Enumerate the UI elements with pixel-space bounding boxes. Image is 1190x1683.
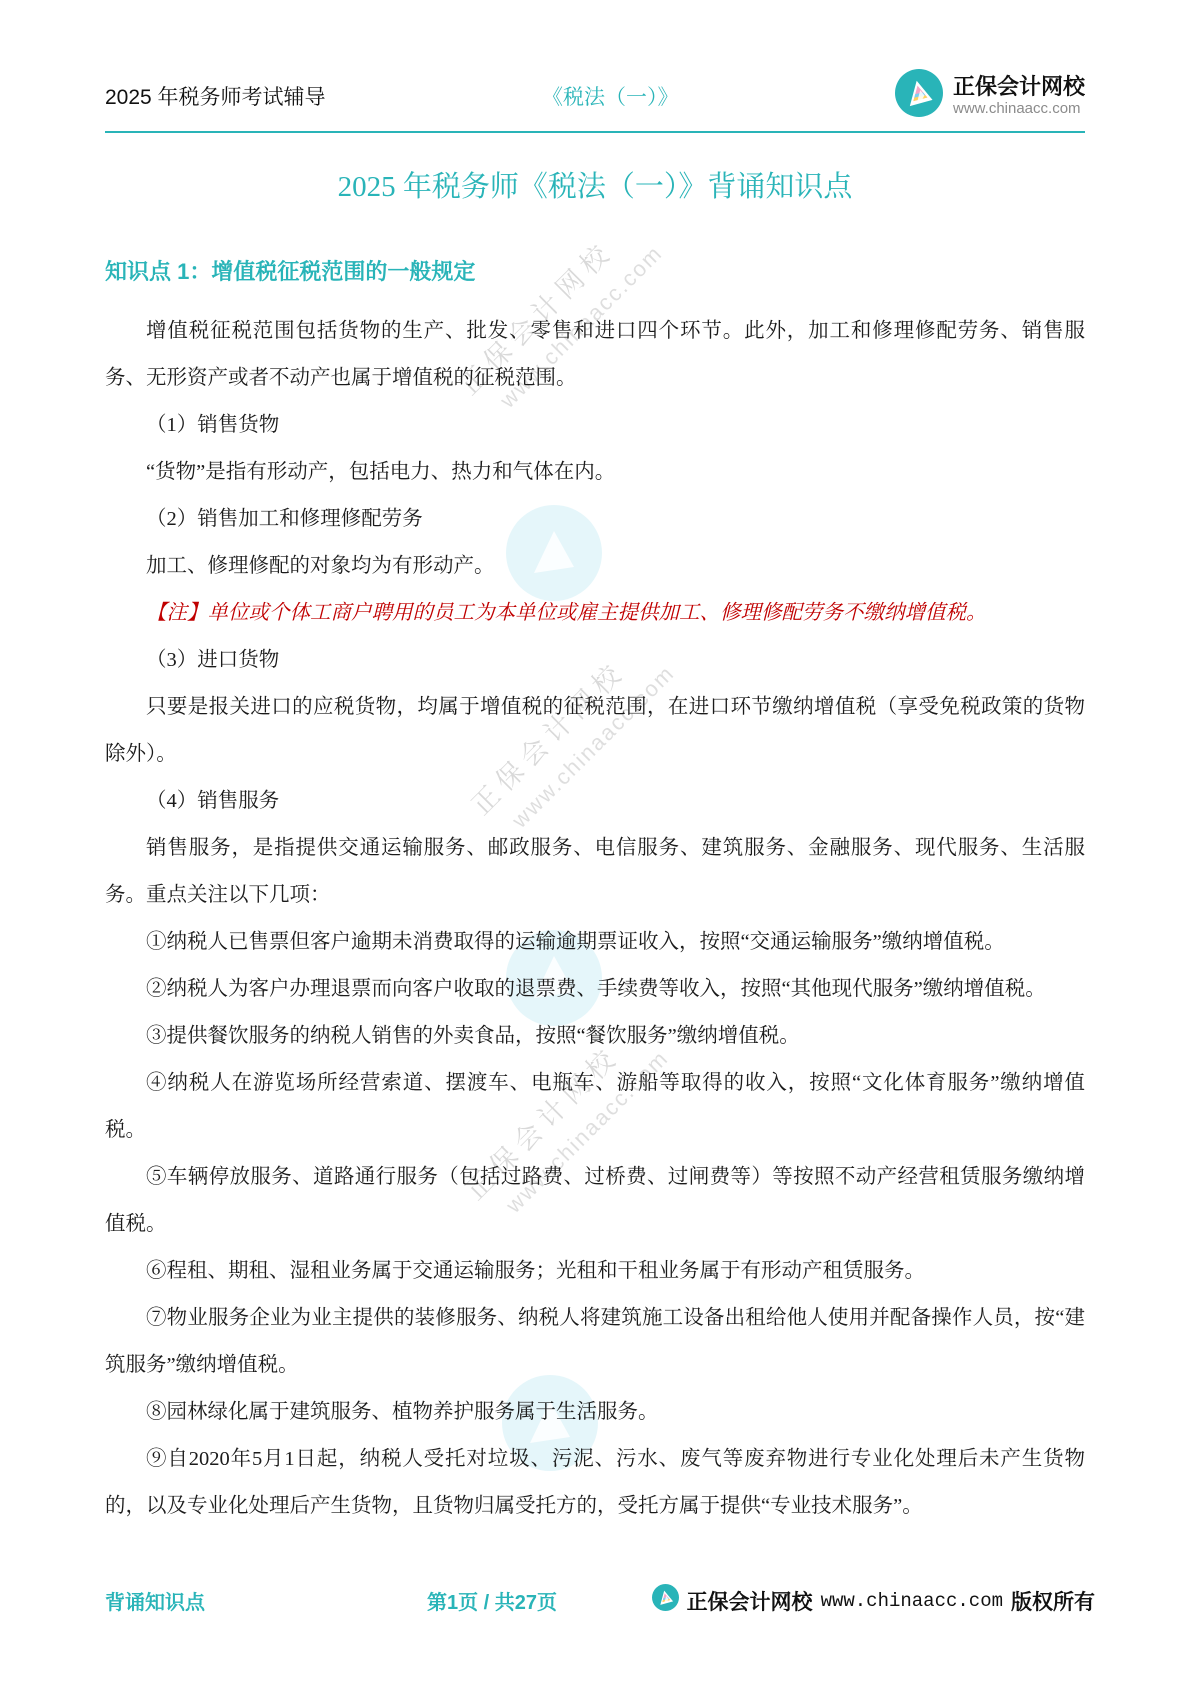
subject-title: 《税法（一）》 <box>326 81 895 111</box>
page-footer: 背诵知识点 第1页 / 共27页 正保会计网校 www.chinaacc.com… <box>105 1584 1095 1617</box>
footer-logo-icon <box>652 1584 679 1617</box>
brand-block: 正保会计网校 www.chinaacc.com <box>895 69 1085 122</box>
body-paragraph: （4）销售服务 <box>105 778 1085 825</box>
footer-label: 背诵知识点 <box>105 1586 205 1615</box>
footer-brand-block: 正保会计网校 www.chinaacc.com 版权所有 <box>652 1584 1095 1617</box>
footer-copyright: 版权所有 <box>1011 1586 1095 1616</box>
body-paragraph: ⑤车辆停放服务、道路通行服务（包括过路费、过桥费、过闸费等）等按照不动产经营租赁… <box>105 1154 1085 1248</box>
note-paragraph: 【注】单位或个体工商户聘用的员工为本单位或雇主提供加工、修理修配劳务不缴纳增值税… <box>105 590 1085 637</box>
page-header: 2025 年税务师考试辅导 《税法（一）》 <box>105 60 1085 133</box>
brand-logo-icon <box>895 69 943 122</box>
page-content: 2025 年税务师考试辅导 《税法（一）》 <box>0 60 1190 1530</box>
body-paragraph: ⑨自2020年5月1日起，纳税人受托对垃圾、污泥、污水、废气等废弃物进行专业化处… <box>105 1436 1085 1530</box>
body-paragraph: ⑦物业服务企业为业主提供的装修服务、纳税人将建筑施工设备出租给他人使用并配备操作… <box>105 1295 1085 1389</box>
page-number: 第1页 / 共27页 <box>427 1586 557 1615</box>
body-paragraph: ④纳税人在游览场所经营索道、摆渡车、电瓶车、游船等取得的收入，按照“文化体育服务… <box>105 1060 1085 1154</box>
section-heading: 知识点 1：增值税征税范围的一般规定 <box>105 257 1085 287</box>
body-text: 增值税征税范围包括货物的生产、批发、零售和进口四个环节。此外，加工和修理修配劳务… <box>105 308 1085 1530</box>
body-paragraph: ⑧园林绿化属于建筑服务、植物养护服务属于生活服务。 <box>105 1389 1085 1436</box>
document-title: 2025 年税务师《税法（一）》背诵知识点 <box>105 167 1085 207</box>
body-paragraph: 只要是报关进口的应税货物，均属于增值税的征税范围，在进口环节缴纳增值税（享受免税… <box>105 684 1085 778</box>
brand-name: 正保会计网校 <box>953 74 1085 99</box>
body-paragraph: “货物”是指有形动产，包括电力、热力和气体在内。 <box>105 449 1085 496</box>
footer-brand-url: www.chinaacc.com <box>821 1590 1003 1612</box>
body-paragraph: （2）销售加工和修理修配劳务 <box>105 496 1085 543</box>
body-paragraph: 增值税征税范围包括货物的生产、批发、零售和进口四个环节。此外，加工和修理修配劳务… <box>105 308 1085 402</box>
footer-brand-name: 正保会计网校 <box>687 1586 813 1616</box>
document-page: 正保会计网校 www.chinaacc.com 正保会计网校 www.china… <box>0 0 1190 1683</box>
body-paragraph: （1）销售货物 <box>105 402 1085 449</box>
brand-url: www.chinaacc.com <box>953 100 1085 117</box>
body-paragraph: ③提供餐饮服务的纳税人销售的外卖食品，按照“餐饮服务”缴纳增值税。 <box>105 1013 1085 1060</box>
brand-text: 正保会计网校 www.chinaacc.com <box>953 74 1085 117</box>
course-title: 2025 年税务师考试辅导 <box>105 81 326 111</box>
body-paragraph: （3）进口货物 <box>105 637 1085 684</box>
body-paragraph: ①纳税人已售票但客户逾期未消费取得的运输逾期票证收入，按照“交通运输服务”缴纳增… <box>105 919 1085 966</box>
body-paragraph: ⑥程租、期租、湿租业务属于交通运输服务；光租和干租业务属于有形动产租赁服务。 <box>105 1248 1085 1295</box>
body-paragraph: ②纳税人为客户办理退票而向客户收取的退票费、手续费等收入，按照“其他现代服务”缴… <box>105 966 1085 1013</box>
body-paragraph: 加工、修理修配的对象均为有形动产。 <box>105 543 1085 590</box>
body-paragraph: 销售服务，是指提供交通运输服务、邮政服务、电信服务、建筑服务、金融服务、现代服务… <box>105 825 1085 919</box>
